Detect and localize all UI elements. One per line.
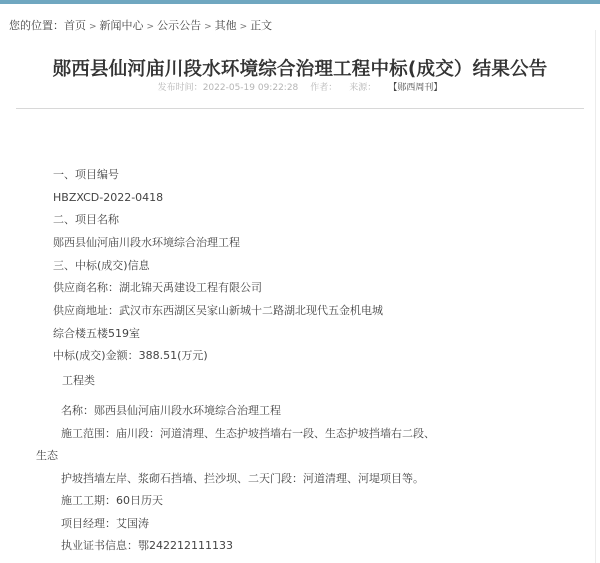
- supplier-address: 供应商地址：武汉市东西湖区吴家山新城十二路湖北现代五金机电城: [53, 304, 383, 318]
- breadcrumb-separator: >: [240, 22, 248, 32]
- breadcrumb: 您的位置：首页>新闻中心>公示公告>其他>正文: [9, 17, 272, 33]
- publish-time: 2022-05-19 09:22:28: [203, 83, 299, 93]
- breadcrumb-other[interactable]: 其他: [215, 19, 237, 32]
- work-name: 名称：郧西县仙河庙川段水环境综合治理工程: [61, 404, 281, 418]
- breadcrumb-current: 正文: [250, 19, 272, 32]
- article-meta: 发布时间：2022-05-19 09:22:28作者：来源：【郧西周刊】: [0, 80, 600, 93]
- project-number-value: HBZXCD-2022-0418: [53, 191, 163, 205]
- supplier-address-cont: 综合楼五楼519室: [53, 327, 140, 341]
- breadcrumb-announcements[interactable]: 公示公告: [157, 19, 201, 32]
- section-heading-project-number: 一、项目编号: [53, 168, 119, 182]
- source-label: 来源：: [349, 83, 376, 93]
- supplier-name: 供应商名称：湖北锦天禹建设工程有限公司: [53, 281, 262, 295]
- work-scope-wrap: 生态: [36, 449, 58, 463]
- breadcrumb-prefix: 您的位置：: [9, 19, 64, 32]
- work-scope: 施工范围：庙川段：河道清理、生态护坡挡墙右一段、生态护坡挡墙右二段、: [61, 427, 435, 441]
- breadcrumb-separator: >: [204, 22, 212, 32]
- author-label: 作者：: [310, 83, 337, 93]
- publish-label: 发布时间：: [158, 83, 203, 93]
- construction-period: 施工工期：60日历天: [61, 494, 163, 508]
- breadcrumb-news-center[interactable]: 新闻中心: [100, 19, 144, 32]
- breadcrumb-separator: >: [147, 22, 155, 32]
- project-name-value: 郧西县仙河庙川段水环境综合治理工程: [53, 236, 240, 250]
- title-divider: [16, 108, 584, 109]
- project-manager: 项目经理：艾国涛: [61, 517, 149, 531]
- category-label: 工程类: [62, 374, 95, 388]
- breadcrumb-separator: >: [89, 22, 97, 32]
- page-scrollbar[interactable]: [595, 30, 596, 563]
- breadcrumb-home[interactable]: 首页: [64, 19, 86, 32]
- source-tag: 【郧西周刊】: [388, 83, 442, 93]
- article-title: 郧西县仙河庙川段水环境综合治理工程中标(成交）结果公告: [0, 55, 600, 81]
- top-accent-bar: [0, 0, 600, 4]
- work-scope-cont: 护坡挡墙左岸、浆砌石挡墙、拦沙坝、二天门段：河道清理、河堤项目等。: [61, 472, 424, 486]
- section-heading-project-name: 二、项目名称: [53, 213, 119, 227]
- award-amount: 中标(成交)金额：388.51(万元): [53, 349, 208, 363]
- license-info: 执业证书信息：鄂242212111133: [61, 539, 233, 553]
- section-heading-award-info: 三、中标(成交)信息: [53, 259, 150, 273]
